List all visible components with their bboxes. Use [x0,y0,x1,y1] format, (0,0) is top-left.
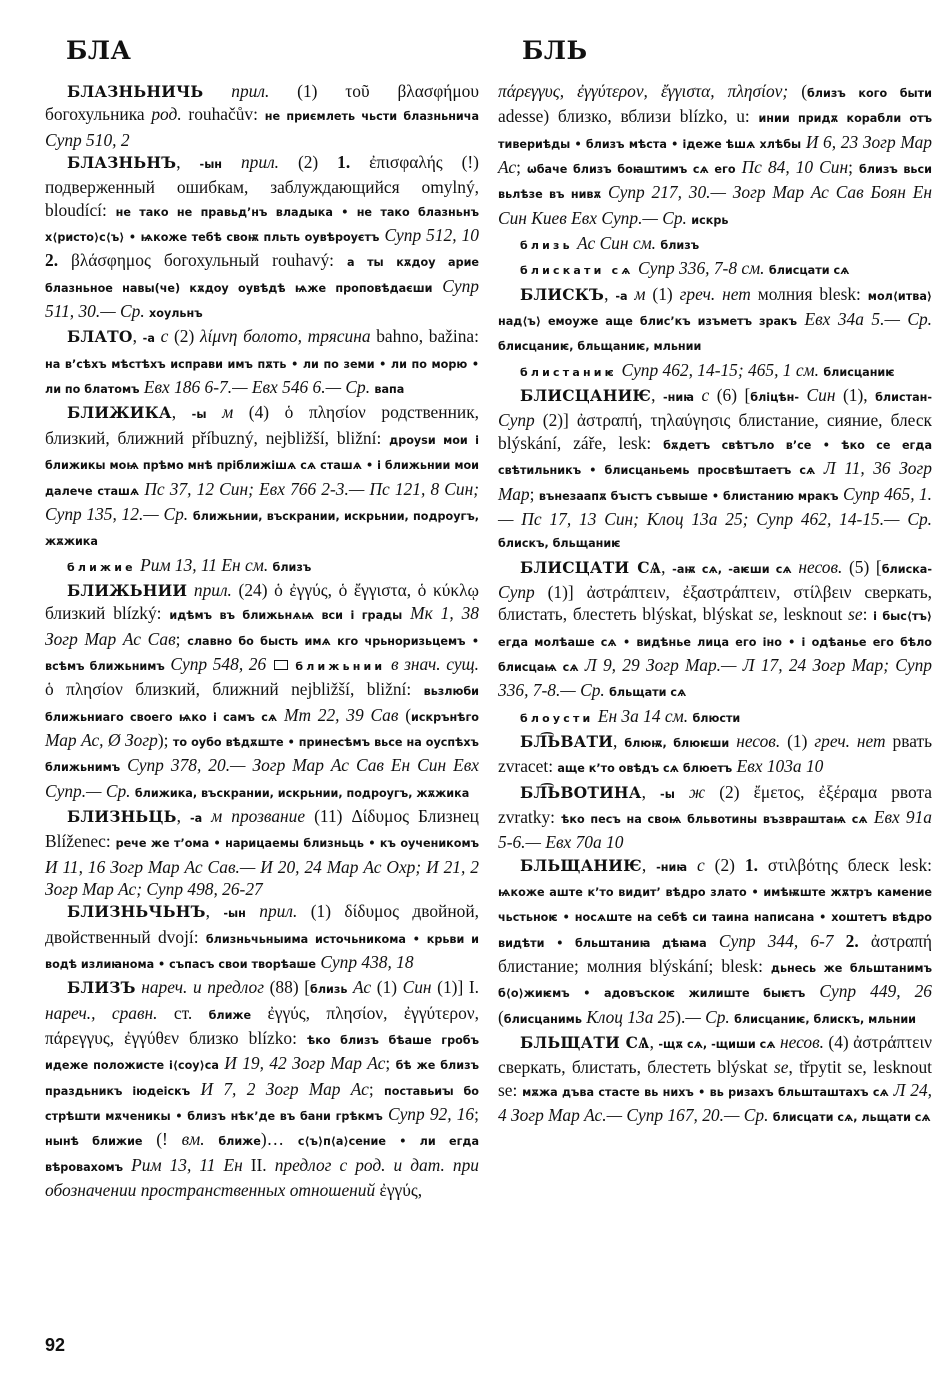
entry-text: ; [848,157,859,177]
entry-text [675,782,689,802]
running-head-right: БЛЬ [522,36,588,65]
headword: БЛАЗНЬНЪ [67,153,176,172]
entry-text: , [176,152,199,172]
dictionary-entry-bliz-ref: близь Ас Син см. близъ [498,232,932,257]
headword: БЛЬЩАТИ СѦ [520,1033,650,1052]
entry-text: βλάσφημος богохульный rouhavý: [58,250,347,270]
running-head-left: БЛА [66,36,131,65]
italic-label: Син [403,977,432,997]
sense-number: 1. [745,855,758,875]
entry-text: (1), [835,385,875,405]
entry-text: ( [788,81,807,101]
entry-text [205,1129,219,1149]
entry-text: ); [158,730,173,750]
church-slavonic-text: -а [143,332,155,345]
church-slavonic-text: блисцаниѥ, бльщаниѥ, мльнии [498,340,701,353]
entry-text: ; [176,629,188,649]
headword: БЛИСЦАТИ СѦ [520,558,661,577]
italic-label: несов. [780,1032,824,1052]
dictionary-entry-bliscanie: БЛИСЦАНИѤ, -ниꙗ с (6) [бліцѣн- Син (1), … [498,384,932,555]
dictionary-entry-blyvati: БЛ͡ЬВАТИ, блюѭ, блюѥши несов. (1) греч. … [498,730,932,781]
entry-text: , [613,731,624,751]
church-slavonic-text: -ын [223,907,246,920]
italic-label: — Ср. [685,1007,729,1027]
dictionary-entry-blistanie-ref: блистаниѥ Супр 462, 14-15; 465, 1 см. бл… [498,359,932,384]
italic-label: Супр 462, 14-15; 465, 1 см. [621,360,819,380]
italic-label: Евх 34а 5.— Ср. [805,309,933,329]
italic-label: И 19, 42 Зогр Мар Ас [224,1053,385,1073]
cross-ref-word: ближьнии [295,660,385,673]
italic-label: Ен 3а 14 см. [598,706,688,726]
dictionary-entry-blisk: БЛИСКЪ, -а м (1) греч. нет молния blesk:… [498,283,932,359]
italic-label: πάρεγγυς, ἐγγύτερον, ἔγγιστα, πλησίον; [498,81,788,101]
cross-ref-word: близь [520,239,573,252]
church-slavonic-text: близъ кого быти [807,87,932,100]
entry-text: (1) [646,284,680,304]
entry-text: ὁ πλησίον близкий, ближний nejbližší, bl… [45,679,424,699]
entry-text: , [642,782,660,802]
dictionary-entry-blizhyniy: БЛИЖЬНИИ прил. (24) ὁ ἐγγύς, ὁ ἔγγιστα, … [45,579,479,805]
entry-text [202,806,211,826]
italic-label: ж [689,782,705,802]
church-slavonic-text: вапа [374,383,404,396]
church-slavonic-text: бліцѣн- [750,391,799,404]
italic-label: Пс 84, 10 Син [742,157,849,177]
church-slavonic-text: -щѫ сѧ, -щиши сѧ [658,1038,775,1051]
church-slavonic-text: идѣмъ въ ближьнѧѩ вси і грады [169,609,402,622]
italic-label: вм. [182,1129,205,1149]
entry-text: ст. [158,1003,209,1023]
sense-number: 2. [45,250,58,270]
headword: БЛИСЦАНИѤ [520,386,651,405]
entry-text: ( [398,705,411,725]
headword: БЛАТО [67,327,133,346]
italic-label: Рим 13, 11 Ен [131,1155,243,1175]
entry-text: (! [143,1129,182,1149]
entry-text: , [206,901,224,921]
headword: БЛ͡ЬВОТИНА [520,783,642,802]
entry-text [402,603,410,623]
dictionary-entry-blaznynich: БЛАЗНЬНИЧЬ прил. (1) τοῦ βλασφήμου богох… [45,80,479,151]
entry-text: молния blesk: [751,284,868,304]
entry-text [805,981,819,1001]
church-slavonic-text: близь [310,983,347,996]
church-slavonic-text: -аѭ сѧ, -аѥши сѧ [672,563,792,576]
church-slavonic-text: ѡбаче близъ боꙗштимъ сѧ его [527,163,736,176]
italic-label: Мт 22, 39 Сав [284,705,398,725]
church-slavonic-text: блюсти [692,712,740,725]
cross-ref-word: ближие [67,561,136,574]
italic-label: м [222,402,233,422]
dictionary-entry-bliz-cont: πάρεγγυς, ἐγγύτερον, ἔγγιστα, πλησίον; (… [498,80,932,232]
church-slavonic-text: аще к’то овѣдъ сѧ блюетъ [557,762,732,775]
sense-number: 2. [846,931,859,951]
church-slavonic-text: -ы [192,408,207,421]
dictionary-entry-bliscati-sja: БЛИСЦАТИ СѦ, -аѭ сѧ, -аѥши сѧ несов. (5)… [498,556,932,705]
headword: БЛ͡ЬВАТИ [520,732,613,751]
church-slavonic-text: -ниꙗ [663,391,694,404]
italic-label: в знач. сущ. [391,654,479,674]
italic-label: Супр 344, 6-7 [719,931,834,951]
square-marker-icon [274,660,288,670]
entry-text: ἐγγύς, [375,1180,422,1200]
headword: БЛИЖИКА [67,403,172,422]
dictionary-entry-blyshchanie: БЛЬЩАНИѤ, -ниꙗ с (2) 1. στιλβότης блеск … [498,854,932,1031]
entry-text: )… [261,1129,298,1149]
italic-label: Супр 449, 26 [819,981,932,1001]
entry-text: , [177,806,190,826]
italic-label: прил. [231,81,269,101]
dictionary-entry-blato: БЛАТО, -а с (2) λίμνη болото, трясина ba… [45,325,479,401]
entry-text: ; [385,1053,395,1073]
italic-label: Супр 548, 26 [170,654,266,674]
entry-text [123,1155,131,1175]
italic-label: Ас [353,977,371,997]
church-slavonic-text: блистан- [875,391,932,404]
entry-text: (2) [705,855,745,875]
italic-label: прил. [259,901,297,921]
dictionary-entry-bliznyc: БЛИЗНЬЦЬ, -а м прозвание (11) Δίδυμος Бл… [45,805,479,900]
church-slavonic-text: ѣко песъ на своѩ бльвотины възвраштаѩ сѧ [561,813,867,826]
entry-text: (2) [168,326,200,346]
church-slavonic-text: блисцаниѥ [823,366,894,379]
entry-text: ). [675,1007,685,1027]
dictionary-entry-blizhika: БЛИЖИКА, -ы м (4) ὁ πλησίον родственник,… [45,401,479,553]
church-slavonic-text: близъ [660,239,699,252]
church-slavonic-text: блискъ, бльщаниѥ [498,537,621,550]
dictionary-entry-blizhie-ref: ближие Рим 13, 11 Ен см. близъ [45,554,479,579]
church-slavonic-text: ближе [218,1135,261,1148]
cross-ref-word: блистаниѥ [520,366,617,379]
entry-text: , [651,385,663,405]
church-slavonic-text: -а [190,812,202,825]
italic-label: м [634,284,645,304]
headword: БЛАЗНЬНИЧЬ [67,82,203,101]
headword: БЛИЗЪ [67,978,136,997]
headword: БЛИЗНЬЧЬНЪ [67,902,206,921]
italic-label: Супр 336, 7-8 см. [638,258,765,278]
church-slavonic-text: блиска- [882,563,932,576]
entry-text [246,901,259,921]
italic-label: se [848,604,863,624]
entry-text: , lesknout [773,604,848,624]
italic-label: И 11, 16 Зогр Мар Ас Сав.— И 20, 24 Мар … [45,857,479,899]
italic-label: Клоц 13а 25 [586,1007,675,1027]
entry-text: bahno, bažina: [371,326,479,346]
italic-label: прил. [194,580,232,600]
italic-label: нареч., сравн. [45,1003,158,1023]
page-number: 92 [45,1335,65,1356]
entry-text: ; [530,484,539,504]
entry-text: (6) [ [709,385,750,405]
entry-text: ; [369,1079,384,1099]
italic-label: se [774,1057,789,1077]
church-slavonic-text: -а [615,290,627,303]
italic-label: м прозвание [211,806,305,826]
church-slavonic-text: близъ [273,561,312,574]
entry-text [834,931,846,951]
entry-text: (1) [780,731,814,751]
left-column: БЛАЗНЬНИЧЬ прил. (1) τοῦ βλασφήμου богох… [45,80,479,1201]
church-slavonic-text: блисцаниѥ, блискъ, мльнии [734,1013,916,1026]
cross-ref-word: блоусти [520,712,593,725]
headword: БЛИЖЬНИИ [67,581,187,600]
italic-label: Рим 13, 11 Ен см. [140,555,268,575]
church-slavonic-text: ближе [209,1009,252,1022]
entry-text [815,458,824,478]
church-slavonic-text: -ын [200,158,223,171]
church-slavonic-text: -ы [660,788,675,801]
italic-label: нареч. и предлог [141,977,264,997]
church-slavonic-text: ближика, въскрании, искрьнии, подроугъ, … [135,787,469,800]
entry-text: (88) [ [264,977,310,997]
italic-label: Евх 186 6-7.— Евх 546 6.— Ср. [144,377,370,397]
italic-label: Супр 512, 10 [384,225,479,245]
church-slavonic-text: нынѣ ближие [45,1135,143,1148]
entry-text: , [661,557,672,577]
italic-label: прил. [241,152,279,172]
right-column: πάρεγγυς, ἐγγύτερον, ἔγγιστα, πλησίον; (… [498,80,932,1129]
headword: БЛИЗНЬЦЬ [67,807,177,826]
church-slavonic-text: рече же т’ома • нарицаемы близньць • къ … [116,837,479,850]
italic-label: греч. нет [814,731,885,751]
entry-text [797,309,804,329]
italic-label: Мар Ас, Ø Зогр [45,730,158,750]
church-slavonic-text: хоульнъ [149,307,203,320]
entry-text [707,931,719,951]
entry-text [601,182,608,202]
entry-text: adesse) близко, вблизи blízko, u: [498,106,758,126]
entry-text [187,580,194,600]
entry-text: ; [474,1104,479,1124]
entry-text: , [642,855,656,875]
entry-text: (1) [371,977,403,997]
italic-label: несов. [798,557,842,577]
sense-number: 1. [337,152,350,172]
entry-text: , [604,284,615,304]
entry-text: (1)] I. [432,977,479,997]
dictionary-entry-blyvotina: БЛ͡ЬВОТИНА, -ы ж (2) ἔμετος, ἐξέραμα рво… [498,781,932,854]
church-slavonic-text: блисцати сѧ, льщати сѧ [773,1111,931,1124]
italic-label: Супр [498,410,535,430]
italic-label: И 7, 2 Зогр Мар Ас [200,1079,368,1099]
entry-text: (2) [279,152,337,172]
church-slavonic-text: не приємлеть чьсти блазньнича [265,110,479,123]
entry-text [206,402,222,422]
entry-text: (5) [ [842,557,881,577]
italic-label: Супр 510, 2 [45,130,130,150]
entry-text: ; [516,157,527,177]
entry-text: , [133,326,143,346]
dictionary-entry-bliz: БЛИЗЪ нареч. и предлог (88) [близь Ас (1… [45,976,479,1201]
entry-text: : [863,604,874,624]
italic-label: se [759,604,774,624]
dictionary-entry-blyshchati-sja: БЛЬЩАТИ СѦ, -щѫ сѧ, -щиши сѧ несов. (4) … [498,1031,932,1129]
entry-text [433,276,443,296]
dictionary-entry-bliskati-ref: блискати сѧ Супр 336, 7-8 см. блисцати с… [498,257,932,282]
church-slavonic-text: блюѭ, блюѥши [624,737,729,750]
entry-text: II. [243,1155,275,1175]
dictionary-entry-bljusti-ref: блоусти Ен 3а 14 см. блюсти [498,705,932,730]
italic-label: Евх 103а 10 [737,756,824,776]
entry-text [277,705,284,725]
italic-label: Син [807,385,836,405]
italic-label: Супр 438, 18 [320,952,413,972]
italic-label: с [697,855,705,875]
cross-ref-word: блискати сѧ [520,264,634,277]
italic-label: Супр [498,582,535,602]
church-slavonic-text: вънезаапѫ бъıстъ съвыше • блистанию мрак… [539,490,839,503]
church-slavonic-text: мѫжа дъва стасте вь нихъ • вь ризахъ бль… [522,1086,889,1099]
church-slavonic-text: -ниꙗ [656,861,687,874]
entry-text: rouhačův: [182,104,265,124]
italic-label: несов. [736,731,780,751]
entry-text: , [172,402,192,422]
italic-label: Ас Син см. [577,233,656,253]
entry-text: στιλβότης блеск lesk: [758,855,932,875]
dictionary-page: БЛА БЛЬ БЛАЗНЬНИЧЬ прил. (1) τοῦ βλασφήμ… [0,0,950,1379]
headword: БЛИСКЪ [520,285,604,304]
church-slavonic-text: искрънѣго [411,711,479,724]
italic-label: греч. нет [680,284,751,304]
dictionary-entry-bliznychyn: БЛИЗНЬЧЬНЪ, -ын прил. (1) δίδυμος двойно… [45,900,479,976]
church-slavonic-text: бльщати сѧ [609,686,686,699]
entry-text [222,152,241,172]
headword: БЛЬЩАНИѤ [520,856,642,875]
italic-label: λίμνη болото, трясина [200,326,371,346]
italic-label: Супр 92, 16 [388,1104,474,1124]
church-slavonic-text: искрь [691,214,728,227]
entry-text [190,1079,200,1099]
entry-text [687,855,697,875]
italic-label: род. [151,104,181,124]
entry-text [799,385,807,405]
dictionary-entry-blaznyn: БЛАЗНЬНЪ, -ын прил. (2) 1. ἐπισφαλής (!)… [45,151,479,325]
church-slavonic-text: блисцанимь [504,1013,582,1026]
church-slavonic-text: блисцати сѧ [769,264,849,277]
entry-text [203,81,231,101]
